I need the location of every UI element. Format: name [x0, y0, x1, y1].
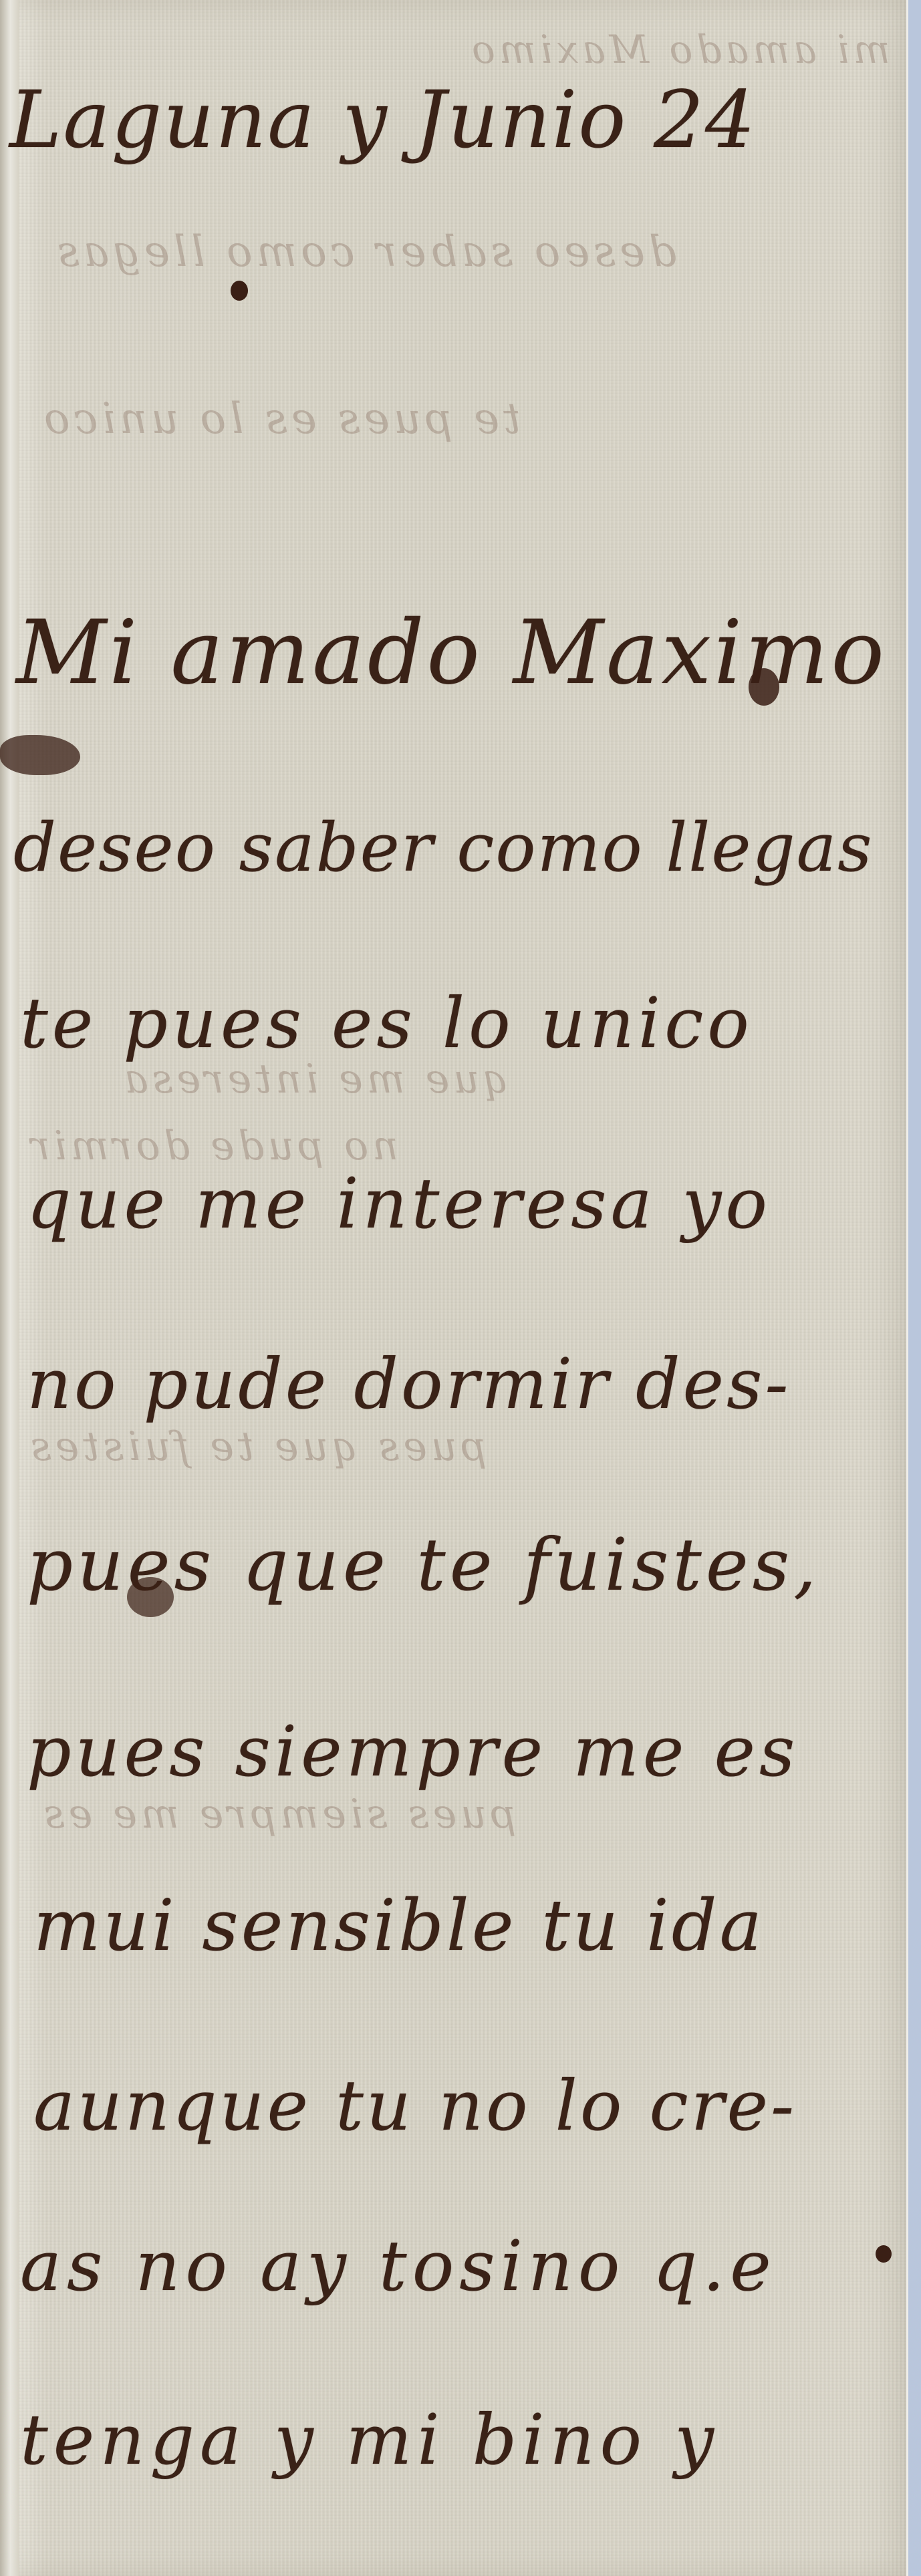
ink-blot	[231, 281, 248, 301]
bleed-through-text: te pues es lo unico	[40, 394, 521, 444]
bleed-through-text: mi amado Maximo	[468, 27, 890, 72]
bleed-through-text: pues que te fuistes	[27, 1423, 487, 1470]
letter-body-line: no pude dormir des-	[27, 1343, 791, 1425]
letter-body-line: aunque tu no lo cre-	[33, 2065, 797, 2146]
letter-body-line: pues siempre me es	[27, 1711, 799, 1792]
letter-body-line: te pues es lo unico	[20, 982, 753, 1064]
ink-blot	[876, 2245, 892, 2263]
letter-body-line: tenga y mi bino y	[20, 2399, 719, 2480]
ink-blot	[127, 1577, 174, 1617]
ink-blot	[749, 668, 779, 706]
paper-fold-edge	[0, 0, 19, 2576]
bleed-through-text: pues siempre me es	[40, 1791, 516, 1838]
letter-body-line: deseo saber como llegas	[13, 809, 874, 887]
paper-right-edge	[906, 0, 908, 2576]
ink-blot	[0, 735, 80, 775]
letter-body-line: que me interesa yo	[27, 1163, 771, 1244]
letter-body-line: mui sensible tu ida	[33, 1884, 765, 1967]
bleed-through-text: deseo saber como llegas	[53, 227, 676, 277]
letter-page: mi amado Maximo deseo saber como llegas …	[0, 0, 908, 2576]
letter-body-line: as no ay tosino q.e	[20, 2225, 777, 2307]
letter-dateline: Laguna y Junio 24	[9, 74, 757, 166]
